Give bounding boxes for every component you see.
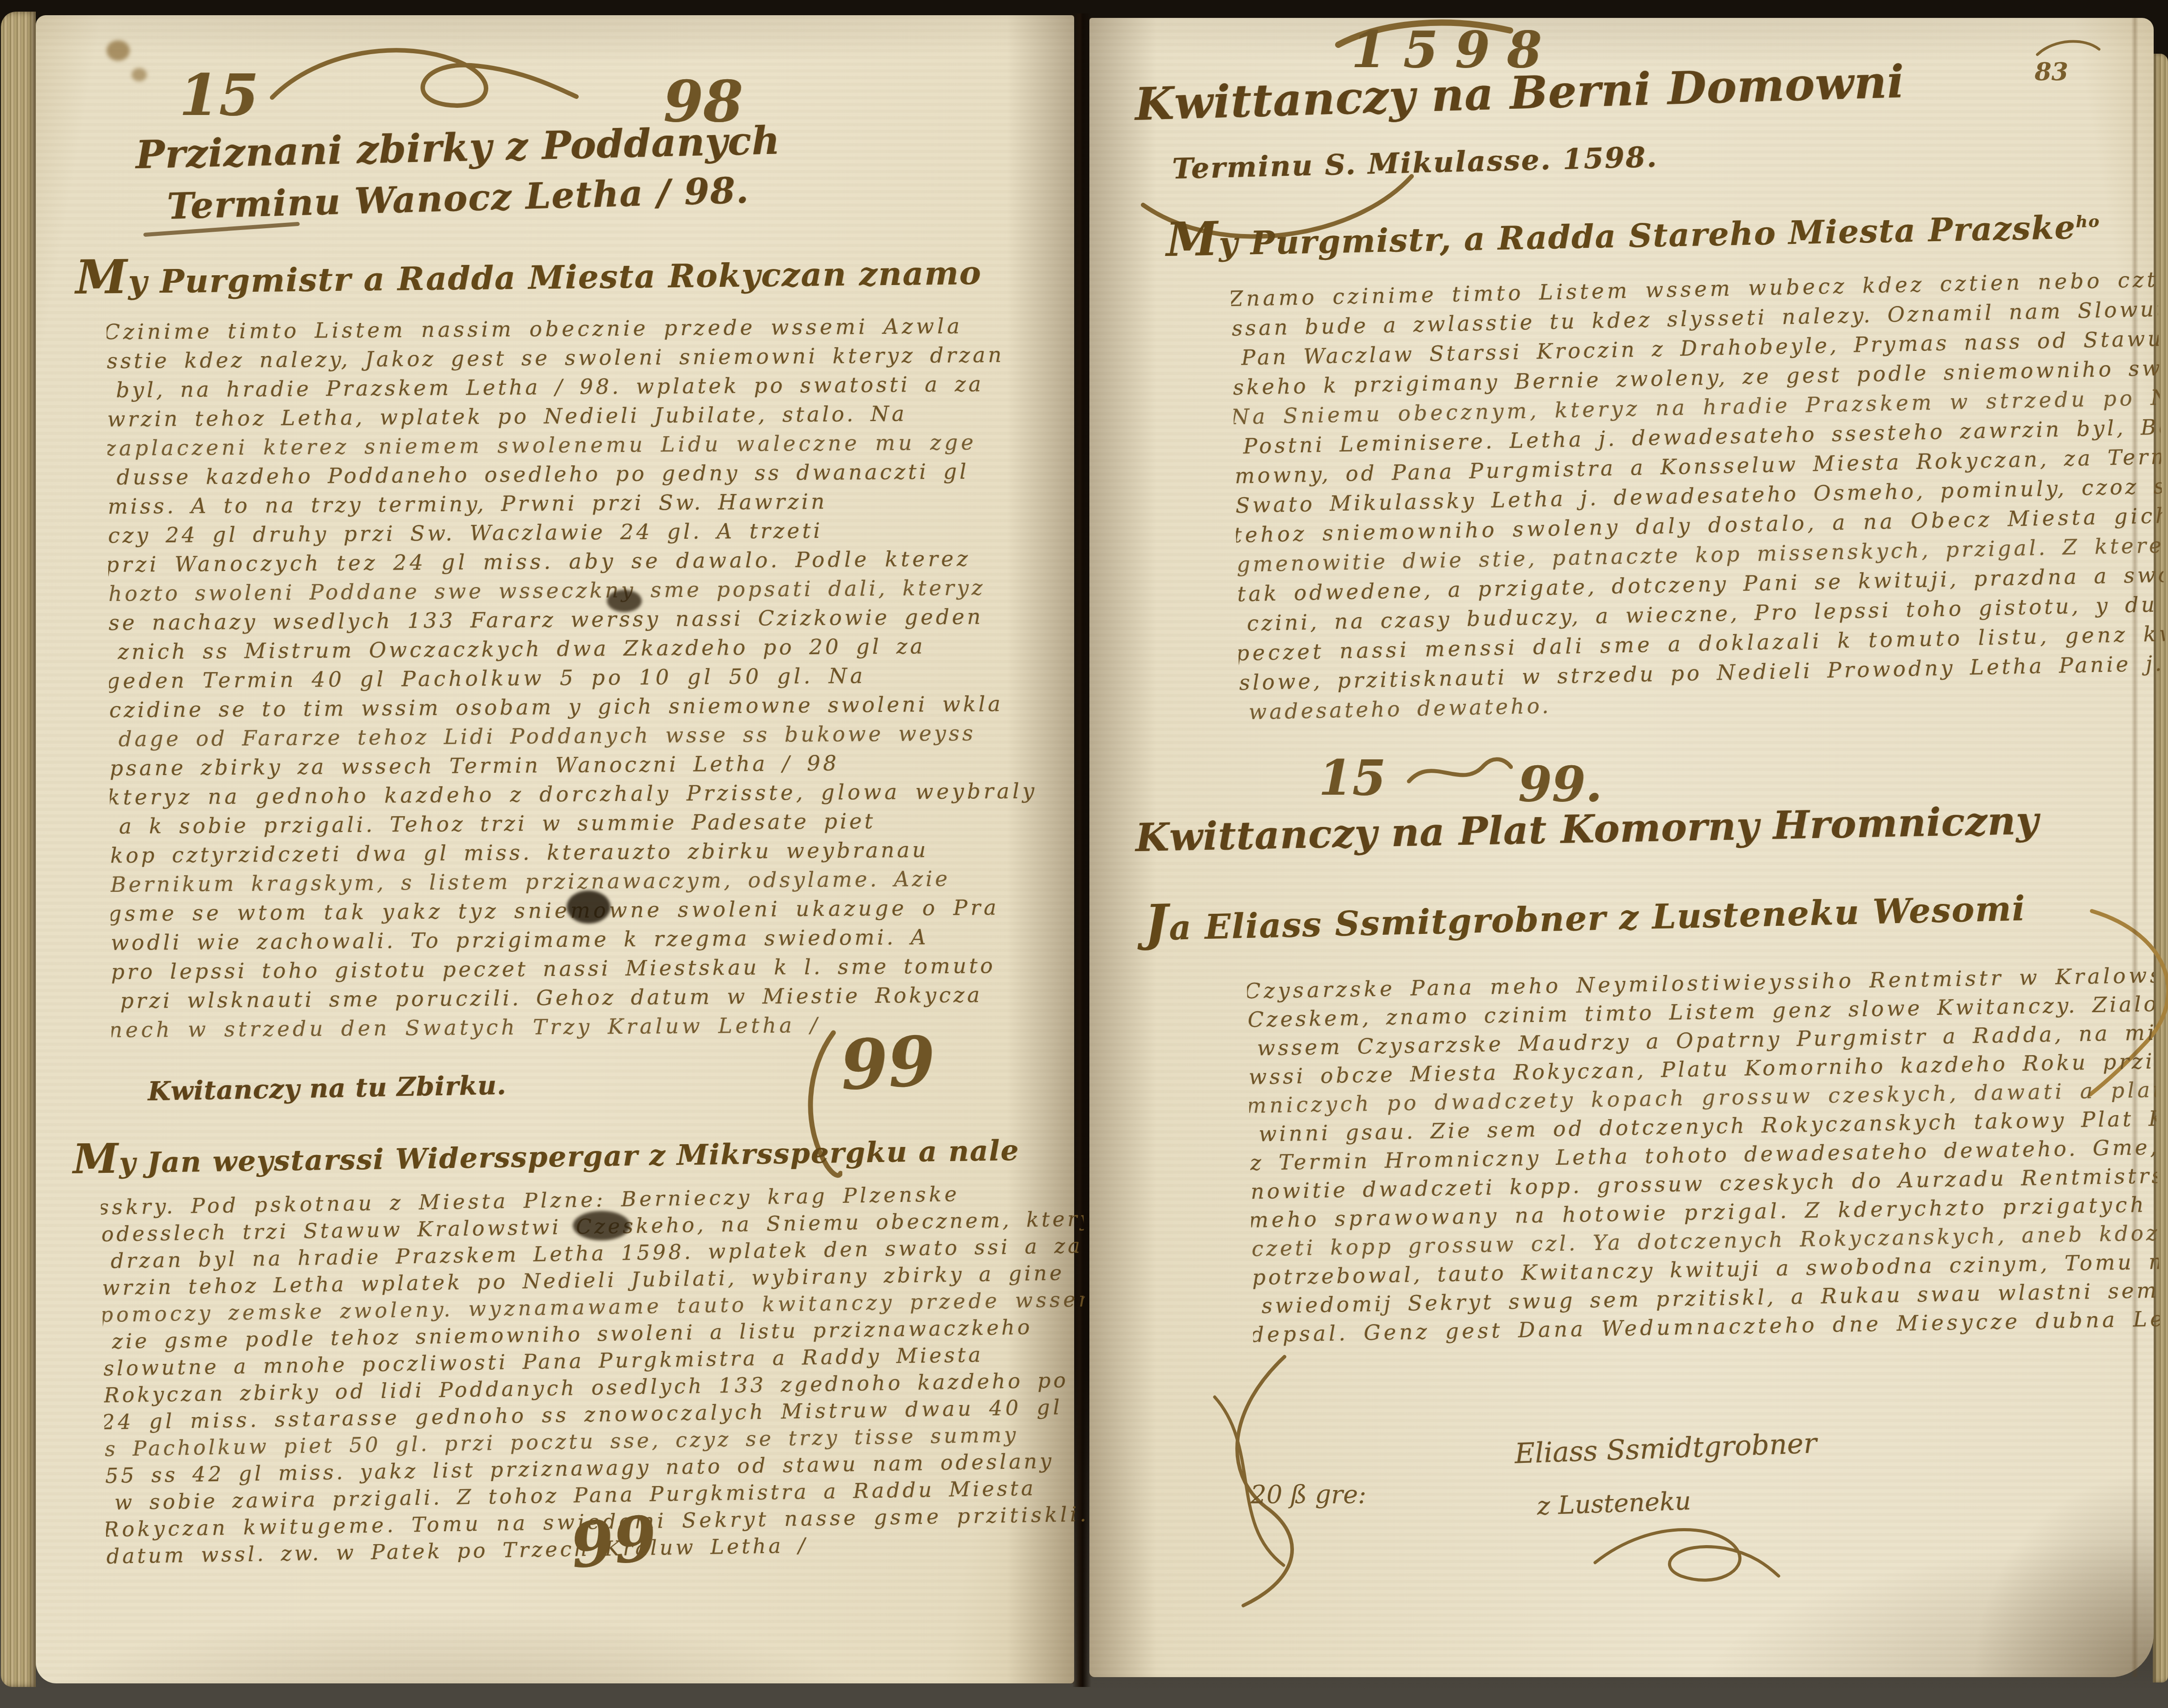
right-page: 1598 83 Kwittanczy na Berni Domowni Term… — [1089, 18, 2154, 1677]
left-opening-line: My Purgmistr a Radda Miesta Rokyczan zna… — [75, 240, 982, 305]
folio-number-value: 83 — [2035, 57, 2068, 86]
left-year-digits-15: 15 — [179, 62, 259, 129]
left-title-line2: Terminu Wanocz Letha / 98. — [166, 169, 750, 227]
right-section2-year-15: 15 — [1319, 750, 1386, 806]
left-body-text-1598: Czinime timto Listem nassim obecznie prz… — [107, 311, 1087, 1052]
right-section2-opening-line: Ja Eliass Ssmitgrobner z Lusteneku Wesom… — [1144, 874, 2026, 952]
right-section2-year-99: 99. — [1518, 756, 1602, 813]
folio-number: 83 — [2035, 35, 2102, 86]
year-flourish-icon — [269, 44, 582, 124]
paper-stain — [132, 68, 147, 81]
book-fore-edge-left-pages — [1, 12, 36, 1687]
signature-name: Eliass Ssmidtgrobner — [1514, 1427, 1817, 1470]
signature-title: z Lusteneku — [1536, 1487, 1691, 1521]
page-corner-shading — [1948, 1444, 2154, 1677]
left-section2-opening-line: My Jan weystarssi Widersspergar z Mikrss… — [73, 1121, 1020, 1183]
ink-blot — [573, 1211, 630, 1240]
left-closing-year-99: 99 — [567, 1501, 660, 1582]
left-section2-margin-year: 99 — [838, 1021, 937, 1106]
ink-blot — [607, 590, 642, 612]
folio-arc-icon — [2035, 35, 2102, 57]
paper-stain — [107, 40, 130, 61]
left-section2-title: Kwitanczy na tu Zbirku. — [147, 1070, 506, 1107]
year-tilde-flourish-icon — [1405, 752, 1513, 794]
right-body-text-1598: Znamo czinime timto Listem wssem wubecz … — [1231, 265, 2166, 732]
ink-blot — [567, 890, 610, 924]
signature-paraph-icon — [1591, 1521, 1783, 1593]
right-opening-superscript: ho — [2075, 212, 2100, 231]
right-opening-text: My Purgmistr, a Radda Stareho Miesta Pra… — [1166, 208, 2076, 264]
right-section2-title: Kwittanczy na Plat Komorny Hromniczny — [1135, 798, 2039, 860]
open-manuscript-book-photo: 15 98 Prziznani zbirky z Poddanych Termi… — [0, 0, 2168, 1708]
right-body-text-1599: Czysarzske Pana meho Neymilostiwieyssiho… — [1247, 962, 2160, 1355]
amount-note: 20 ß gre: — [1250, 1480, 1366, 1509]
manuscript-line: nech w strzedu den Swatych Trzy Kraluw L… — [109, 1009, 1087, 1045]
right-title-line1: Kwittanczy na Berni Domowni — [1134, 55, 1905, 131]
page-edge-crease — [2131, 18, 2138, 1677]
left-page: 15 98 Prziznani zbirky z Poddanych Termi… — [36, 15, 1074, 1683]
